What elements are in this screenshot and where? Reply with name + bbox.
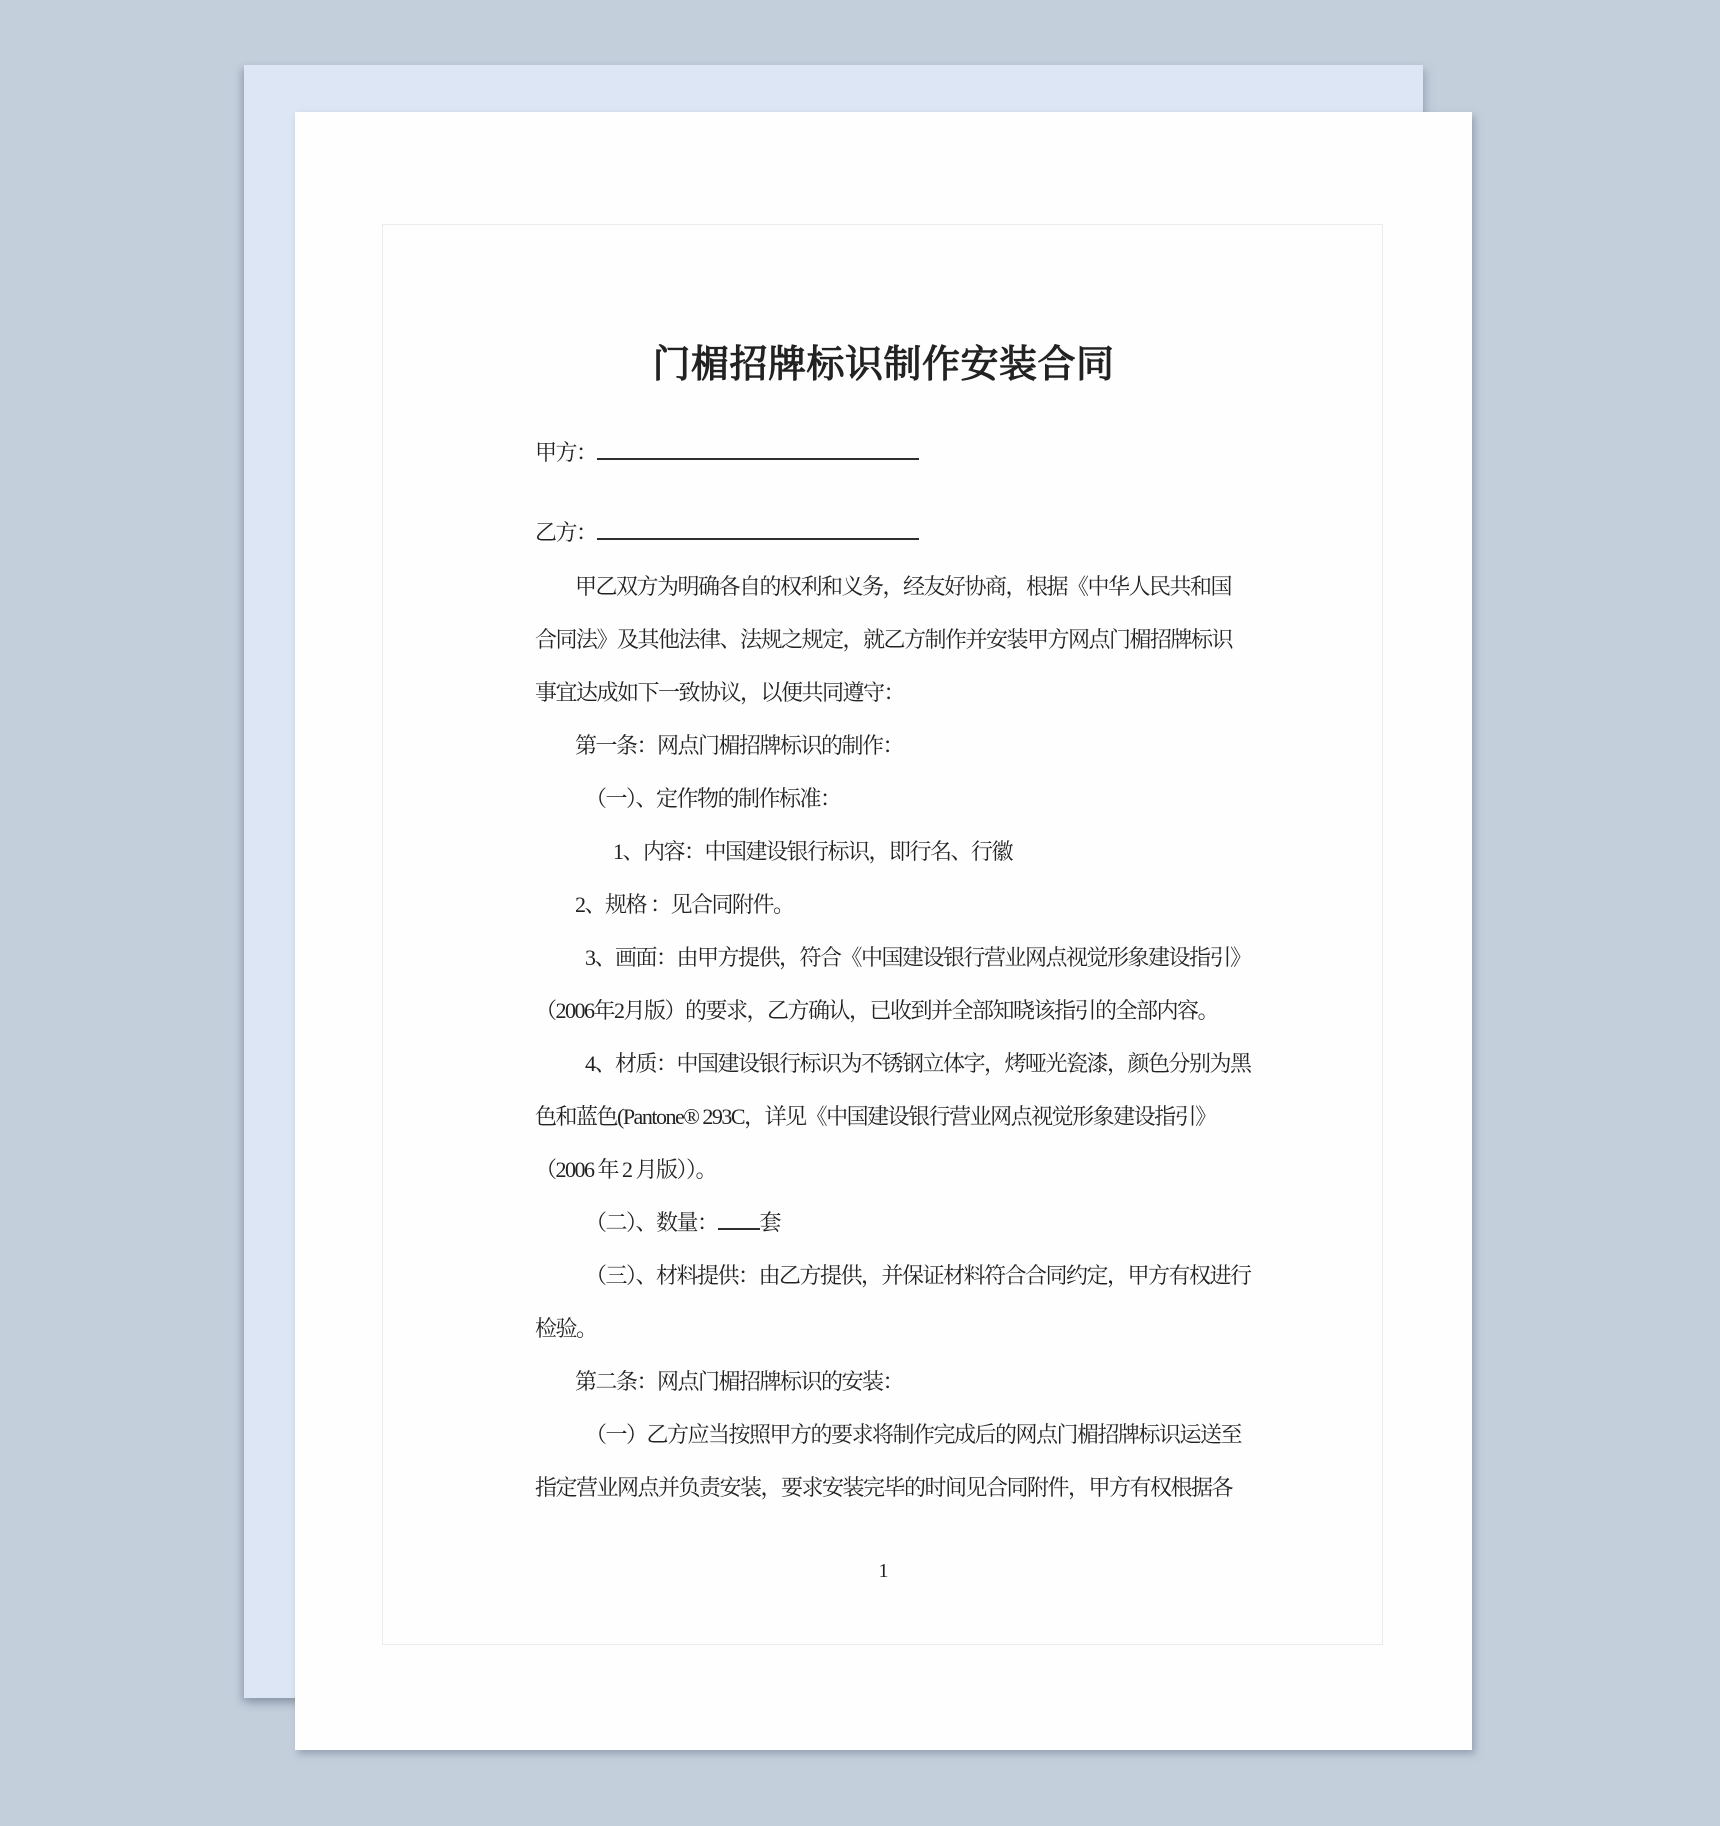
body-line: （二）、数量：套 xyxy=(535,1209,1241,1262)
body-line: 第二条：网点门楣招牌标识的安装： xyxy=(535,1368,1241,1421)
party-a-row: 甲方： xyxy=(535,440,1295,470)
body-line: 3、画面：由甲方提供，符合《中国建设银行营业网点视觉形象建设指引》 xyxy=(535,944,1241,997)
canvas-background: 门楣招牌标识制作安装合同 甲方： 乙方： 甲乙双方为明确各自的权利和义务，经友好… xyxy=(0,0,1720,1826)
page-number: 1 xyxy=(295,1560,1472,1582)
party-b-row: 乙方： xyxy=(535,520,1295,550)
body-line-text: （二）、数量： xyxy=(585,1210,718,1235)
quantity-blank-line xyxy=(718,1212,760,1230)
document-title: 门楣招牌标识制作安装合同 xyxy=(295,345,1472,385)
party-b-label: 乙方： xyxy=(535,520,597,545)
body-lines: 甲乙双方为明确各自的权利和义务，经友好协商，根据《中华人民共和国合同法》及其他法… xyxy=(535,573,1241,1527)
body-line-text: 套 xyxy=(760,1210,781,1235)
party-a-label: 甲方： xyxy=(535,440,597,465)
body-line: 检验。 xyxy=(535,1315,1241,1368)
party-b-blank-line xyxy=(597,520,919,540)
body-line: 4、材质：中国建设银行标识为不锈钢立体字，烤哑光瓷漆，颜色分别为黑 xyxy=(535,1050,1241,1103)
body-line: （2006年2月版）的要求，乙方确认，已收到并全部知晓该指引的全部内容。 xyxy=(535,997,1241,1050)
body-line: （一）乙方应当按照甲方的要求将制作完成后的网点门楣招牌标识运送至 xyxy=(535,1421,1241,1474)
party-a-blank-line xyxy=(597,440,919,460)
document-page: 门楣招牌标识制作安装合同 甲方： 乙方： 甲乙双方为明确各自的权利和义务，经友好… xyxy=(295,112,1472,1750)
body-line: 甲乙双方为明确各自的权利和义务，经友好协商，根据《中华人民共和国 xyxy=(535,573,1241,626)
body-line: 第一条：网点门楣招牌标识的制作： xyxy=(535,732,1241,785)
body-line: （2006 年 2 月版））。 xyxy=(535,1156,1241,1209)
body-line: 2、规格 ：见合同附件。 xyxy=(535,891,1241,944)
body-line: 1、内容：中国建设银行标识，即行名、行徽 xyxy=(535,838,1241,891)
body-line: （三）、材料提供：由乙方提供，并保证材料符合合同约定，甲方有权进行 xyxy=(535,1262,1241,1315)
body-line: 事宜达成如下一致协议，以便共同遵守： xyxy=(535,679,1241,732)
body-line: 指定营业网点并负责安装，要求安装完毕的时间见合同附件，甲方有权根据各 xyxy=(535,1474,1241,1527)
body-line: 色和蓝色(Pantone® 293C，详见《中国建设银行营业网点视觉形象建设指引… xyxy=(535,1103,1241,1156)
body-line: 合同法》及其他法律、法规之规定，就乙方制作并安装甲方网点门楣招牌标识 xyxy=(535,626,1241,679)
body-line: （一）、定作物的制作标准： xyxy=(535,785,1241,838)
